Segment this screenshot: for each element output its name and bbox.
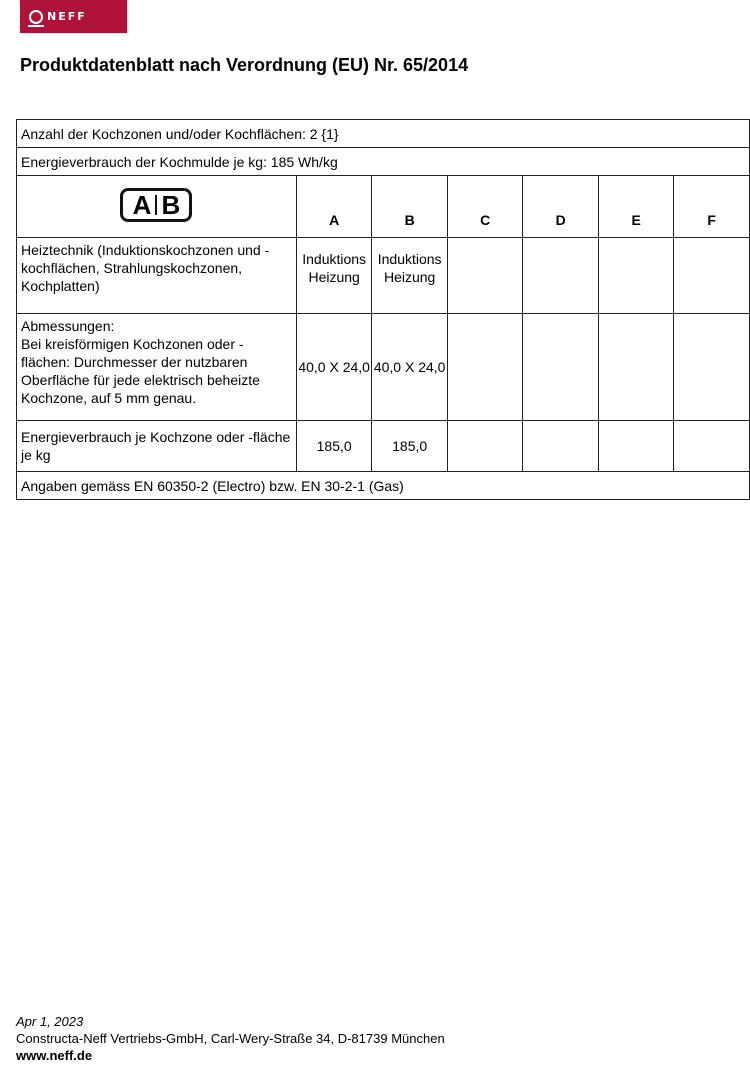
cell-e [598,421,674,472]
cell-f [674,314,750,421]
cell-a: Induktions Heizung [296,238,372,314]
cell-f [674,421,750,472]
cell-e [598,314,674,421]
neff-omega-logo-icon [29,10,43,24]
cell-d [523,421,599,472]
ab-badge-cell: A B [17,176,297,238]
standards-note: Angaben gemäss EN 60350-2 (Electro) bzw.… [17,472,750,500]
cell-b: 185,0 [372,421,448,472]
column-header-a: A [296,176,372,238]
badge-separator [155,195,157,215]
cell-a: 40,0 X 24,0 [296,314,372,421]
footer: Apr 1, 2023 Constructa-Neff Vertriebs-Gm… [16,1013,445,1064]
zones-count: Anzahl der Kochzonen und/oder Kochfläche… [17,120,750,148]
footer-website-link[interactable]: www.neff.de [16,1047,445,1064]
page-title: Produktdatenblatt nach Verordnung (EU) N… [20,55,468,76]
cell-a: 185,0 [296,421,372,472]
badge-right: B [161,196,180,214]
neff-logo: NEFF [20,0,127,33]
cell-b: Induktions Heizung [372,238,448,314]
cell-c [447,238,523,314]
cell-c [447,421,523,472]
cell-b: 40,0 X 24,0 [372,314,448,421]
table-row-dimensions: Abmessungen: Bei kreisförmigen Kochzonen… [17,314,750,421]
hob-energy-consumption: Energieverbrauch der Kochmulde je kg: 18… [17,148,750,176]
row-label: Energieverbrauch je Kochzone oder -fläch… [17,421,297,472]
cell-c [447,314,523,421]
column-header-c: C [447,176,523,238]
badge-left: A [133,196,152,214]
row-label-title: Abmessungen: [21,317,292,335]
column-header-e: E [598,176,674,238]
row-label-text: Bei kreisförmigen Kochzonen oder -fläche… [21,335,292,407]
table-row-zone-energy: Energieverbrauch je Kochzone oder -fläch… [17,421,750,472]
column-header-f: F [674,176,750,238]
footer-address: Constructa-Neff Vertriebs-GmbH, Carl-Wer… [16,1030,445,1047]
column-header-d: D [523,176,599,238]
row-label: Heiztechnik (Induktionskochzonen und -ko… [17,238,297,314]
ab-zone-badge-icon: A B [120,188,192,222]
row-label: Abmessungen: Bei kreisförmigen Kochzonen… [17,314,297,421]
product-data-table: Anzahl der Kochzonen und/oder Kochfläche… [16,119,750,500]
cell-f [674,238,750,314]
brand-name: NEFF [47,10,87,23]
cell-e [598,238,674,314]
table-row-heating-technology: Heiztechnik (Induktionskochzonen und -ko… [17,238,750,314]
footer-date: Apr 1, 2023 [16,1013,445,1030]
cell-d [523,314,599,421]
column-header-b: B [372,176,448,238]
cell-d [523,238,599,314]
